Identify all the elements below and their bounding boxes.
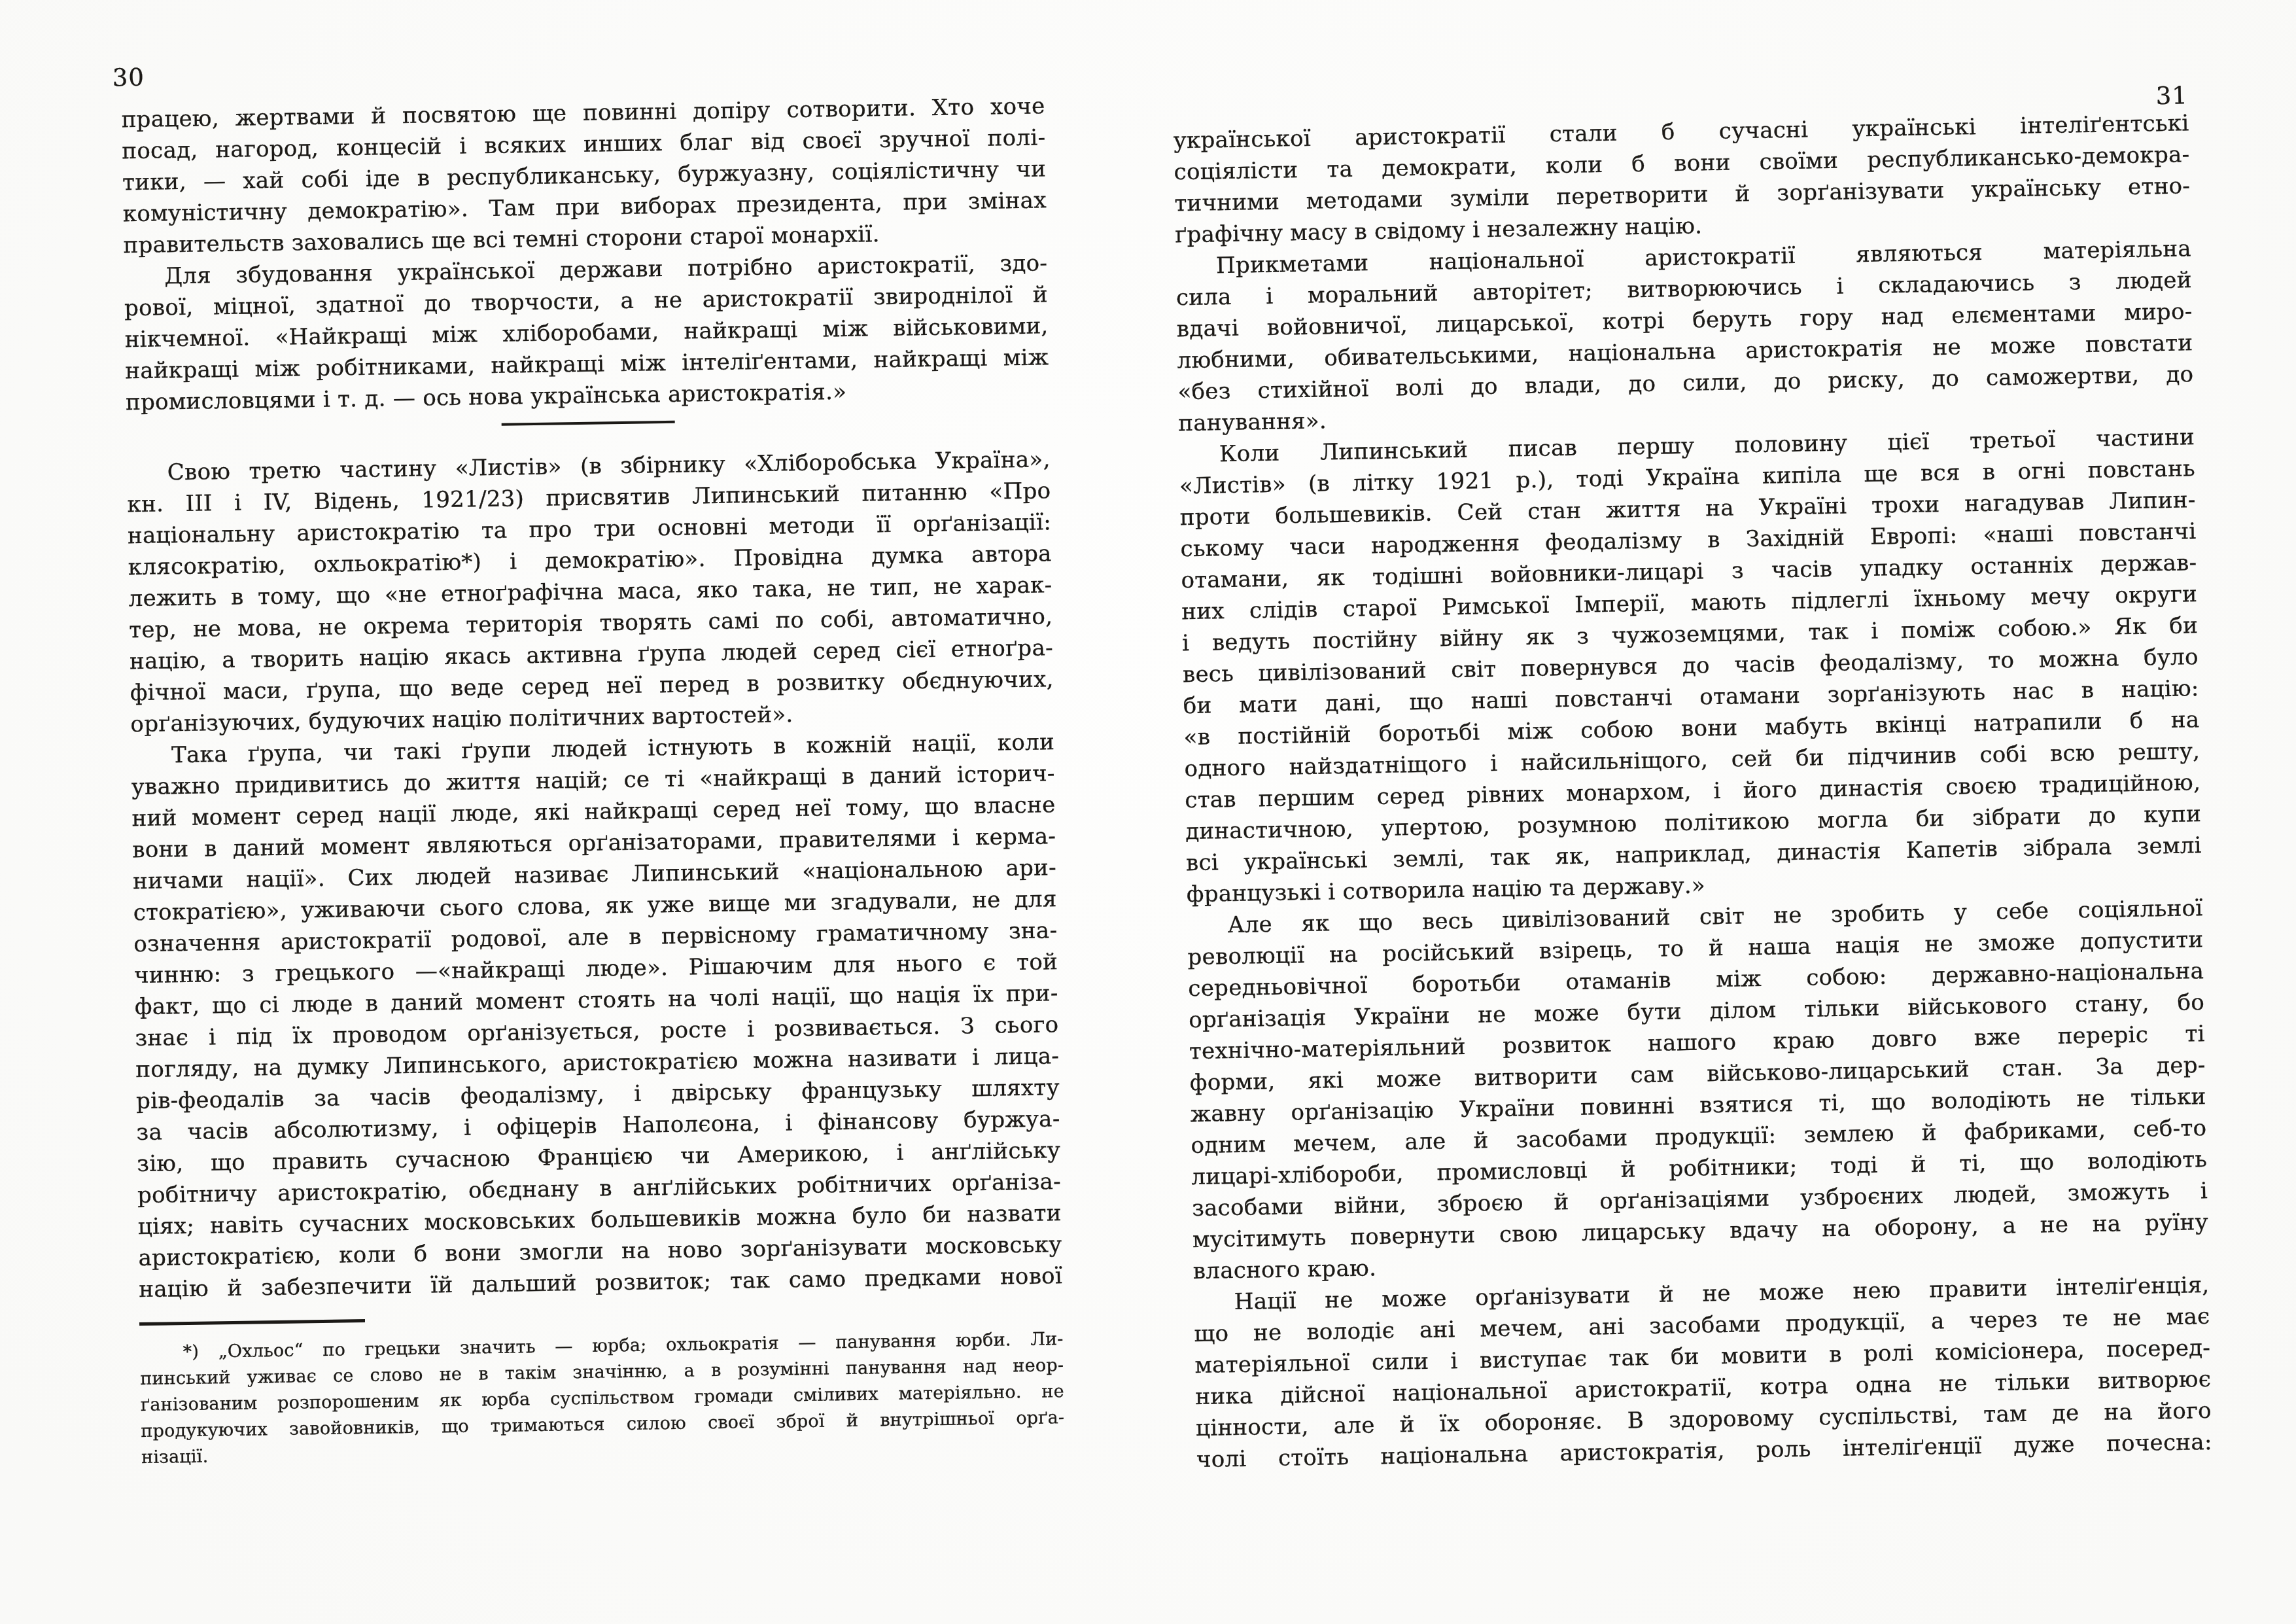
paragraph-continuation: української аристократії стали б сучасні… <box>1173 107 2191 251</box>
page-right-content: 31 української аристократії стали б суча… <box>1148 0 2296 1624</box>
paragraph: Нації не може орґанізувати й не може нею… <box>1193 1269 2212 1475</box>
paragraph: Коли Липинський писав першу половину ціє… <box>1179 421 2202 910</box>
main-text-column-left: працею, жертвами й посвятою ще повинні д… <box>121 90 1065 1471</box>
page-left-content: 30 працею, жертвами й посвятою ще повинн… <box>0 0 1172 1624</box>
paragraph-continuation: працею, жертвами й посвятою ще повинні д… <box>121 90 1047 261</box>
page-number-right: 31 <box>2155 81 2188 110</box>
page-right: 31 української аристократії стали б суча… <box>1148 0 2296 1624</box>
paragraph: Але як що весь цивілізований світ не зро… <box>1187 892 2209 1287</box>
footnote: *) „Охльос“ по грецьки значить — юрба; о… <box>139 1326 1065 1471</box>
paragraph: Свою третю частину «Листів» (в збірнику … <box>126 444 1054 740</box>
paragraph: Прикметами національної аристократії явл… <box>1175 233 2195 439</box>
paragraph: Для збудовання української держави потрі… <box>124 247 1049 418</box>
book-spread: 30 працею, жертвами й посвятою ще повинн… <box>0 0 2296 1624</box>
page-left: 30 працею, жертвами й посвятою ще повинн… <box>0 0 1148 1624</box>
paragraph: Така ґрупа, чи такі ґрупи людей істнують… <box>131 726 1063 1305</box>
page-number-left: 30 <box>112 63 145 92</box>
main-text-column-right: української аристократії стали б сучасні… <box>1173 107 2212 1475</box>
footnote-rule <box>139 1319 365 1326</box>
section-separator-rule <box>501 421 674 426</box>
